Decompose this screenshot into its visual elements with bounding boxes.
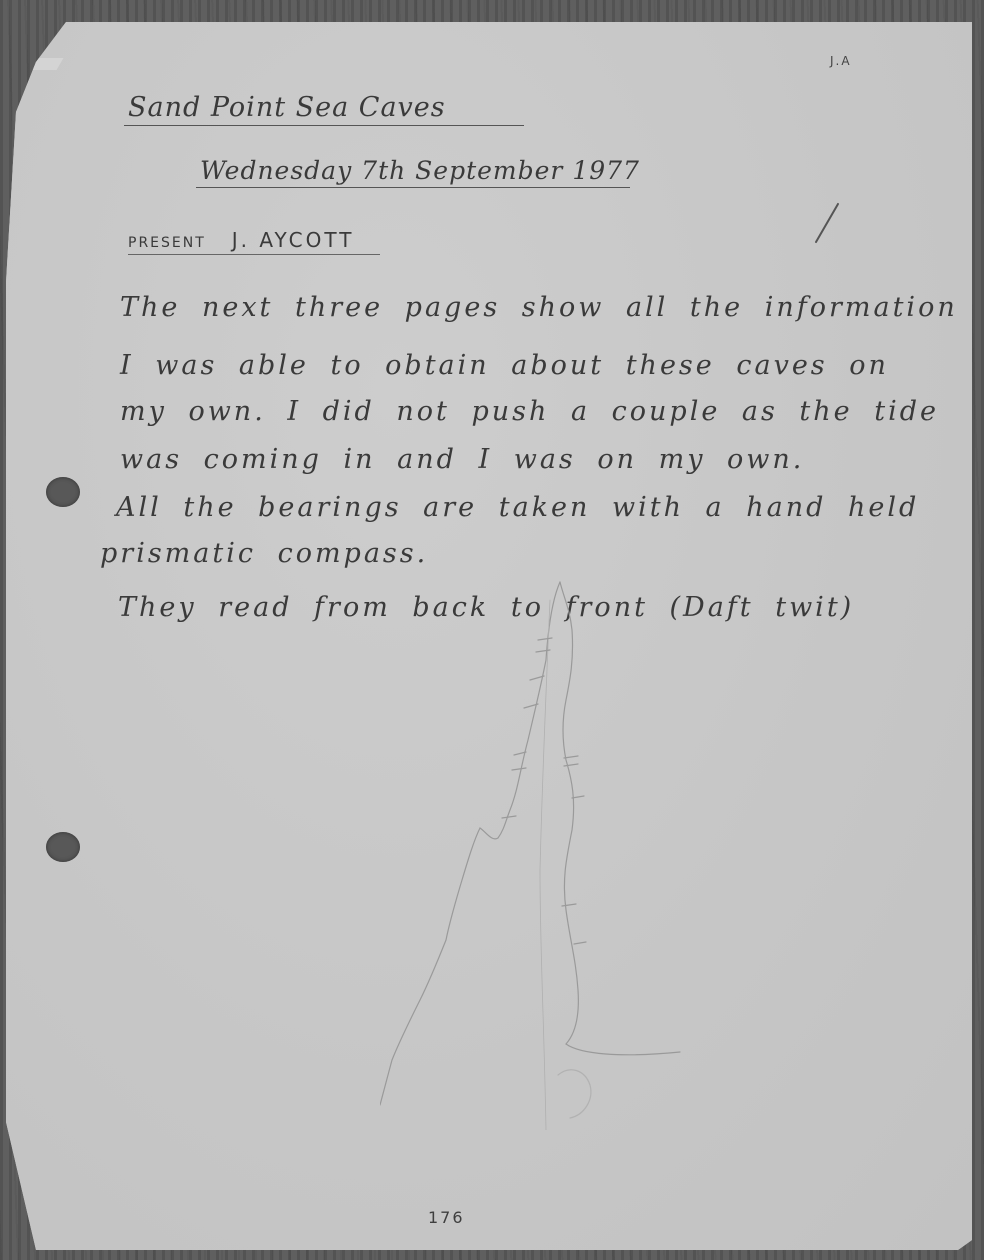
punch-hole bbox=[46, 832, 80, 862]
author-initials: J.A bbox=[830, 54, 852, 68]
body-line: was coming in and I was on my own. bbox=[120, 444, 804, 475]
cave-survey-sketch bbox=[380, 570, 720, 1130]
punch-hole bbox=[46, 477, 80, 507]
folded-corner bbox=[31, 58, 64, 70]
body-line: prismatic compass. bbox=[100, 538, 428, 569]
body-line: I was able to obtain about these caves o… bbox=[120, 350, 889, 381]
body-line: The next three pages show all the inform… bbox=[120, 292, 958, 323]
page-number: 176 bbox=[428, 1208, 465, 1227]
document-title: Sand Point Sea Caves bbox=[124, 92, 524, 126]
present-name: J. AYCOTT bbox=[232, 228, 355, 252]
present-label: PRESENT bbox=[128, 235, 206, 251]
present-line: PRESENTJ. AYCOTT bbox=[128, 228, 380, 255]
body-line: All the bearings are taken with a hand h… bbox=[116, 492, 919, 523]
body-line: my own. I did not push a couple as the t… bbox=[120, 396, 939, 427]
document-date: Wednesday 7th September 1977 bbox=[196, 156, 630, 188]
